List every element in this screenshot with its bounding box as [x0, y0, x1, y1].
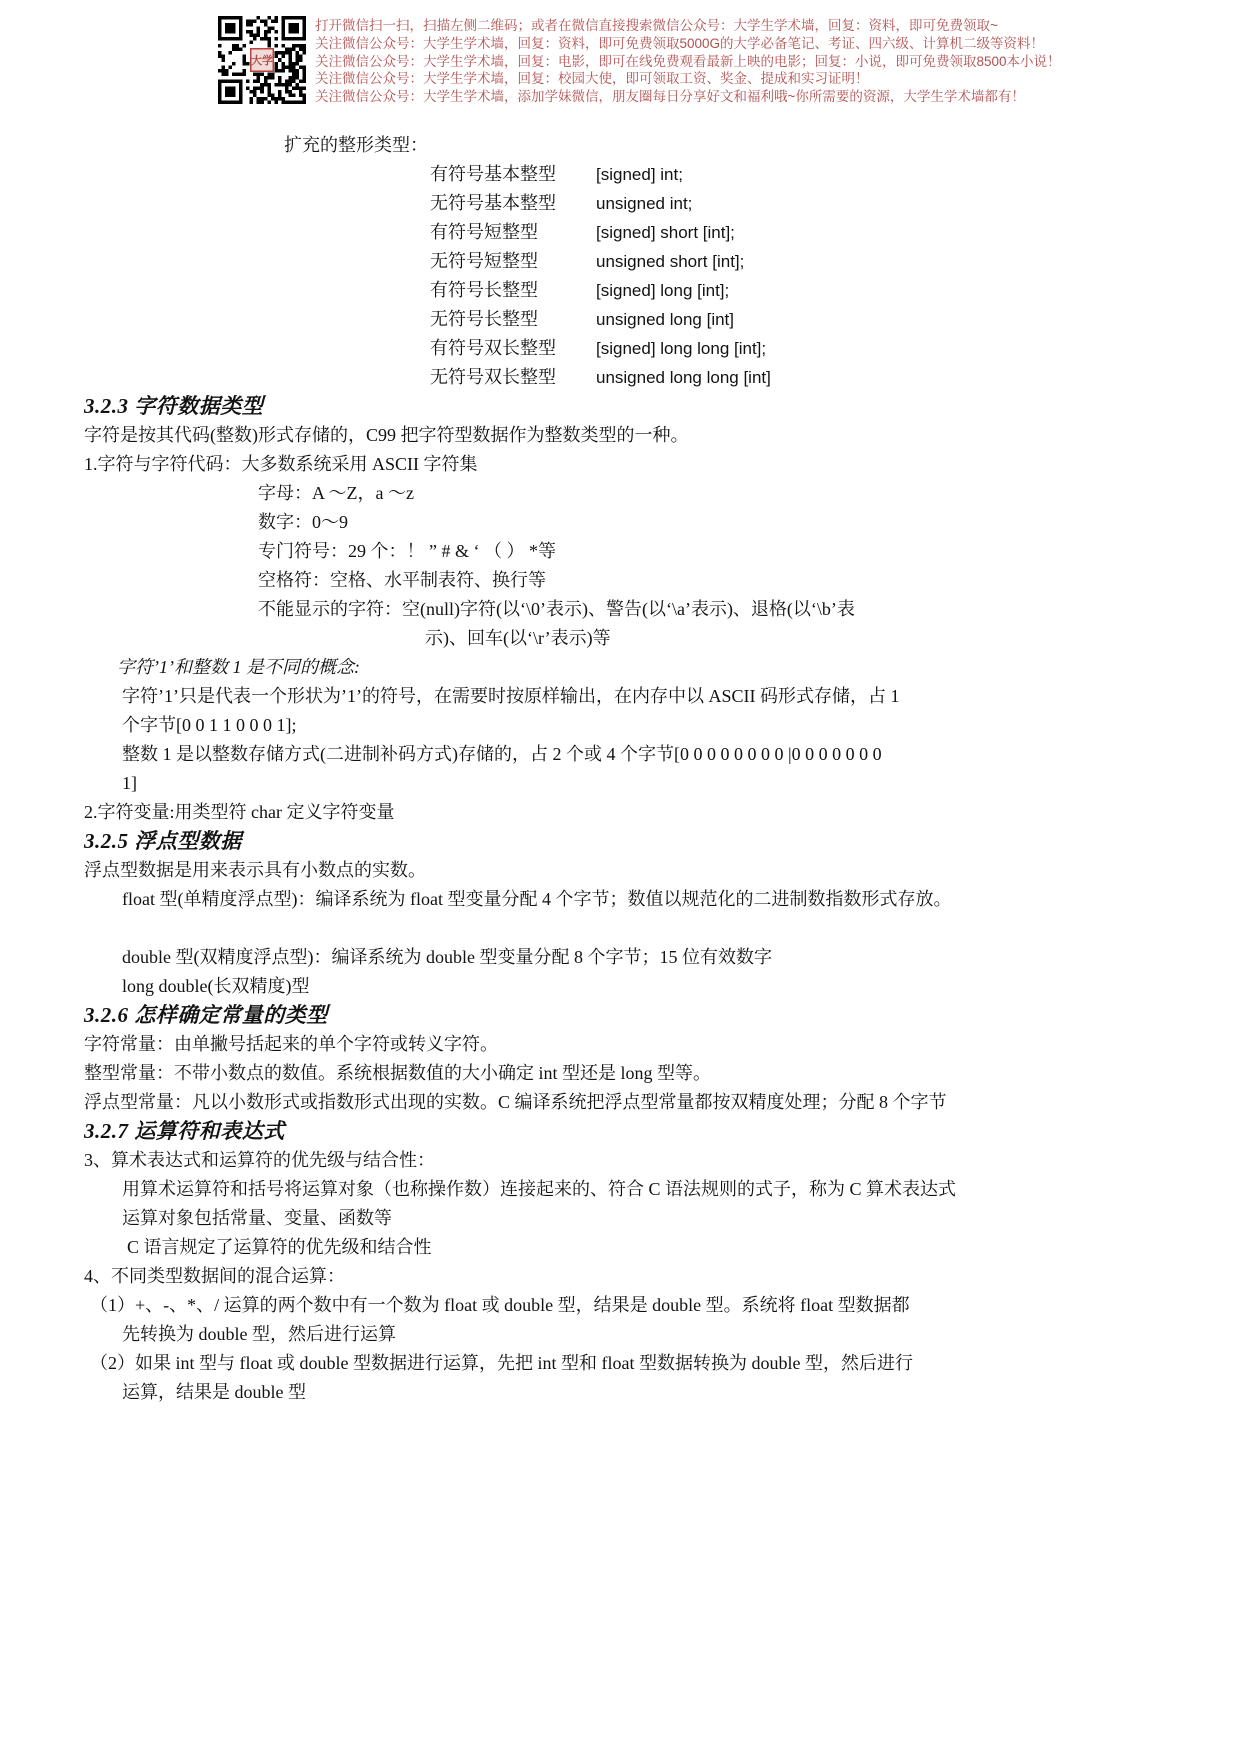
- text-line: 示)、回车(以‘\r’表示)等: [425, 624, 1164, 653]
- text-line: 整型常量：不带小数点的数值。系统根据数值的大小确定 int 型还是 long 型…: [84, 1059, 1164, 1088]
- type-label: 有符号长整型: [430, 276, 596, 305]
- text-line: 浮点型常量：凡以小数形式或指数形式出现的实数。C 编译系统把浮点型常量都按双精度…: [84, 1088, 1164, 1117]
- section-heading-325: 3.2.5 浮点型数据: [84, 827, 1164, 856]
- text-line: 空格符：空格、水平制表符、换行等: [258, 566, 1164, 595]
- type-code: [signed] short [int];: [596, 218, 735, 247]
- text-line: double 型(双精度浮点型)：编译系统为 double 型变量分配 8 个字…: [122, 943, 1164, 972]
- text-line: 用算术运算符和括号将运算对象（也称操作数）连接起来的、符合 C 语法规则的式子，…: [122, 1175, 1164, 1204]
- type-code: unsigned long [int]: [596, 305, 734, 334]
- type-code: [signed] long [int];: [596, 276, 729, 305]
- type-label: 有符号基本整型: [430, 160, 596, 189]
- ad-header: 大学 打开微信扫一扫，扫描左侧二维码；或者在微信直接搜索微信公众号：大学生学术墙…: [218, 16, 1061, 106]
- text-line: 浮点型数据是用来表示具有小数点的实数。: [84, 856, 1164, 885]
- text-line: 专门符号：29 个：！ ” # & ‘ （ ） *等: [258, 537, 1164, 566]
- text-line: 字符常量：由单撇号括起来的单个字符或转义字符。: [84, 1030, 1164, 1059]
- text-line: 1]: [122, 769, 1164, 798]
- ad-text-block: 打开微信扫一扫，扫描左侧二维码；或者在微信直接搜索微信公众号：大学生学术墙，回复…: [315, 16, 1061, 106]
- section-heading-323: 3.2.3 字符数据类型: [84, 392, 1164, 421]
- section-heading-327: 3.2.7 运算符和表达式: [84, 1117, 1164, 1146]
- text-line: 字母：A ～Z，a ～z: [258, 479, 1164, 508]
- type-label: 有符号短整型: [430, 218, 596, 247]
- qr-center-logo: 大学: [251, 49, 274, 72]
- type-label: 有符号双长整型: [430, 334, 596, 363]
- type-code: unsigned short [int];: [596, 247, 744, 276]
- type-row: 有符号双长整型[signed] long long [int];: [430, 334, 1164, 363]
- intro-title: 扩充的整形类型：: [284, 131, 1164, 160]
- type-label: 无符号双长整型: [430, 363, 596, 392]
- text-line: 运算对象包括常量、变量、函数等: [122, 1204, 1164, 1233]
- type-label: 无符号长整型: [430, 305, 596, 334]
- qr-center-label: 大学: [251, 53, 273, 67]
- text-line: 数字：0～9: [258, 508, 1164, 537]
- text-line: 3、算术表达式和运算符的优先级与结合性：: [84, 1146, 1164, 1175]
- document-content: 扩充的整形类型： 有符号基本整型[signed] int; 无符号基本整型uns…: [84, 131, 1164, 1407]
- ad-line-3: 关注微信公众号：大学生学术墙，回复：电影，即可在线免费观看最新上映的电影；回复：…: [315, 53, 1061, 71]
- type-row: 有符号基本整型[signed] int;: [430, 160, 1164, 189]
- type-row: 有符号短整型[signed] short [int];: [430, 218, 1164, 247]
- type-label: 无符号短整型: [430, 247, 596, 276]
- ad-line-2: 关注微信公众号：大学生学术墙，回复：资料，即可免费领取5000G的大学必备笔记、…: [315, 35, 1061, 53]
- type-row: 无符号长整型unsigned long [int]: [430, 305, 1164, 334]
- text-line: 字符是按其代码(整数)形式存储的，C99 把字符型数据作为整数类型的一种。: [84, 421, 1164, 450]
- text-line: 个字节[0 0 1 1 0 0 0 1];: [122, 711, 1164, 740]
- note-line: 字符’1’和整数 1 是不同的概念:: [117, 653, 1164, 682]
- text-line: （2）如果 int 型与 float 或 double 型数据进行运算，先把 i…: [90, 1349, 1164, 1378]
- qr-code-icon: 大学: [218, 16, 306, 104]
- type-code: unsigned int;: [596, 189, 692, 218]
- type-row: 无符号基本整型unsigned int;: [430, 189, 1164, 218]
- text-line: 2.字符变量:用类型符 char 定义字符变量: [84, 798, 1164, 827]
- text-line: 先转换为 double 型，然后进行运算: [122, 1320, 1164, 1349]
- text-line: 整数 1 是以整数存储方式(二进制补码方式)存储的，占 2 个或 4 个字节[0…: [122, 740, 1164, 769]
- type-row: 有符号长整型[signed] long [int];: [430, 276, 1164, 305]
- ad-line-1: 打开微信扫一扫，扫描左侧二维码；或者在微信直接搜索微信公众号：大学生学术墙，回复…: [315, 17, 1061, 35]
- type-code: [signed] long long [int];: [596, 334, 766, 363]
- type-code: unsigned long long [int]: [596, 363, 771, 392]
- text-line: （1）+、-、*、/ 运算的两个数中有一个数为 float 或 double 型…: [90, 1291, 1164, 1320]
- text-line: C 语言规定了运算符的优先级和结合性: [127, 1233, 1164, 1262]
- text-line: 字符’1’只是代表一个形状为’1’的符号，在需要时按原样输出，在内存中以 ASC…: [122, 682, 1164, 711]
- text-line: 运算，结果是 double 型: [122, 1378, 1164, 1407]
- ad-line-5: 关注微信公众号：大学生学术墙，添加学妹微信，朋友圈每日分享好文和福利哦~你所需要…: [315, 88, 1061, 106]
- type-label: 无符号基本整型: [430, 189, 596, 218]
- text-line: long double(长双精度)型: [122, 972, 1164, 1001]
- text-line: float 型(单精度浮点型)：编译系统为 float 型变量分配 4 个字节；…: [122, 885, 1164, 914]
- type-row: 无符号短整型unsigned short [int];: [430, 247, 1164, 276]
- text-line: 4、不同类型数据间的混合运算：: [84, 1262, 1164, 1291]
- text-line: 1.字符与字符代码：大多数系统采用 ASCII 字符集: [84, 450, 1164, 479]
- integer-type-list: 有符号基本整型[signed] int; 无符号基本整型unsigned int…: [430, 160, 1164, 392]
- ad-line-4: 关注微信公众号：大学生学术墙，回复：校园大使，即可领取工资、奖金、提成和实习证明…: [315, 70, 1061, 88]
- blank-line: [84, 914, 1164, 943]
- type-code: [signed] int;: [596, 160, 683, 189]
- type-row: 无符号双长整型unsigned long long [int]: [430, 363, 1164, 392]
- text-line: 不能显示的字符：空(null)字符(以‘\0’表示)、警告(以‘\a’表示)、退…: [258, 595, 1164, 624]
- section-heading-326: 3.2.6 怎样确定常量的类型: [84, 1001, 1164, 1030]
